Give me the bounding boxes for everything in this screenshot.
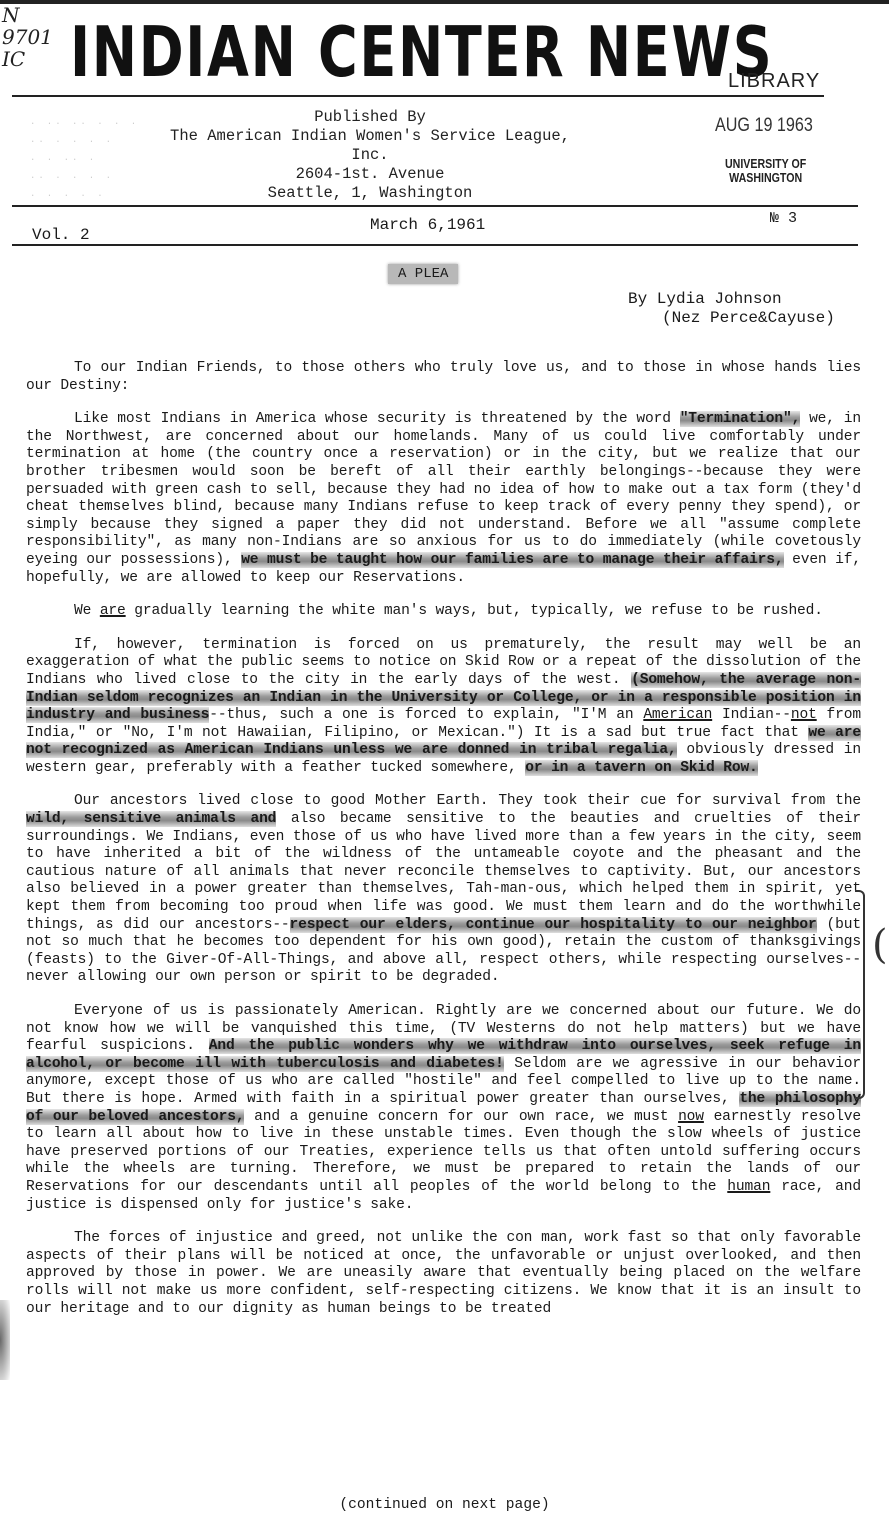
publisher-line-1: Published By	[150, 108, 590, 127]
body-text: Indian--	[712, 707, 791, 723]
issue-rule-bottom	[12, 244, 858, 246]
page-edge-smudge	[0, 1300, 10, 1380]
body-text: gradually learning the white man's ways,…	[126, 603, 823, 619]
article-title: A PLEA	[388, 264, 458, 284]
institution-line-1: UNIVERSITY OF	[725, 157, 806, 171]
body-text: also became sensitive to the beauties an…	[26, 811, 861, 933]
handwritten-catalog-note: N 9701 IC	[2, 4, 53, 70]
publisher-block: Published By The American Indian Women's…	[150, 108, 590, 203]
underlined-text: American	[643, 707, 712, 723]
highlighted-text: we must be taught how our families are t…	[241, 552, 783, 568]
body-text: Like most Indians in America whose secur…	[74, 411, 680, 427]
body-text: and a genuine concern for our own race, …	[244, 1109, 678, 1125]
byline: By Lydia Johnson (Nez Perce&Cayuse)	[628, 290, 835, 328]
issue-number: № 3	[770, 210, 797, 227]
body-text: Our ancestors lived close to good Mother…	[74, 793, 861, 809]
underlined-text: now	[678, 1109, 704, 1125]
underlined-text: human	[727, 1179, 770, 1195]
issue-rule-top	[12, 205, 858, 207]
masthead-rule	[12, 95, 824, 97]
issue-date: March 6,1961	[370, 216, 485, 234]
received-date-stamp: AUG 19 1963	[715, 115, 813, 137]
body-text: The forces of injustice and greed, not u…	[26, 1230, 861, 1316]
body-text: --thus, such a one is forced to explain,…	[209, 707, 643, 723]
author-tribe: (Nez Perce&Cayuse)	[628, 309, 835, 328]
volume-label: Vol. 2	[32, 226, 90, 244]
article-paragraph: Our ancestors lived close to good Mother…	[26, 793, 861, 987]
highlighted-text: or in a tavern on Skid Row.	[525, 760, 757, 776]
body-text: we, in the Northwest, are concerned abou…	[26, 411, 861, 568]
article-paragraph: Like most Indians in America whose secur…	[26, 411, 861, 587]
margin-bracket-mark	[855, 890, 865, 1099]
underlined-text: are	[100, 603, 126, 619]
continued-note: (continued on next page)	[0, 1497, 889, 1513]
margin-paren-mark: (	[872, 922, 888, 968]
masthead-title: INDIAN CENTER NEWS	[70, 16, 677, 90]
article-body: To our Indian Friends, to those others w…	[26, 360, 861, 1334]
article-paragraph: If, however, termination is forced on us…	[26, 637, 861, 778]
publisher-line-4: Seattle, 1, Washington	[150, 184, 590, 203]
library-stamp: LIBRARY	[728, 70, 820, 93]
publisher-line-2: The American Indian Women's Service Leag…	[150, 127, 590, 165]
article-paragraph: The forces of injustice and greed, not u…	[26, 1230, 861, 1318]
institution-stamp: UNIVERSITY OF WASHINGTON	[725, 157, 806, 185]
body-text: We	[74, 603, 100, 619]
underlined-text: not	[791, 707, 817, 723]
page-top-border	[0, 0, 889, 4]
body-text: To our Indian Friends, to those others w…	[26, 360, 861, 394]
article-paragraph: We are gradually learning the white man'…	[26, 603, 861, 621]
article-paragraph: To our Indian Friends, to those others w…	[26, 360, 861, 395]
highlighted-text: respect our elders, continue our hospita…	[290, 917, 817, 933]
author-name: By Lydia Johnson	[628, 290, 835, 309]
article-paragraph: Everyone of us is passionately American.…	[26, 1003, 861, 1214]
institution-line-2: WASHINGTON	[725, 171, 806, 185]
highlighted-text: "Termination",	[680, 411, 801, 427]
highlighted-text: wild, sensitive animals and	[26, 811, 276, 827]
publisher-line-3: 2604-1st. Avenue	[150, 165, 590, 184]
